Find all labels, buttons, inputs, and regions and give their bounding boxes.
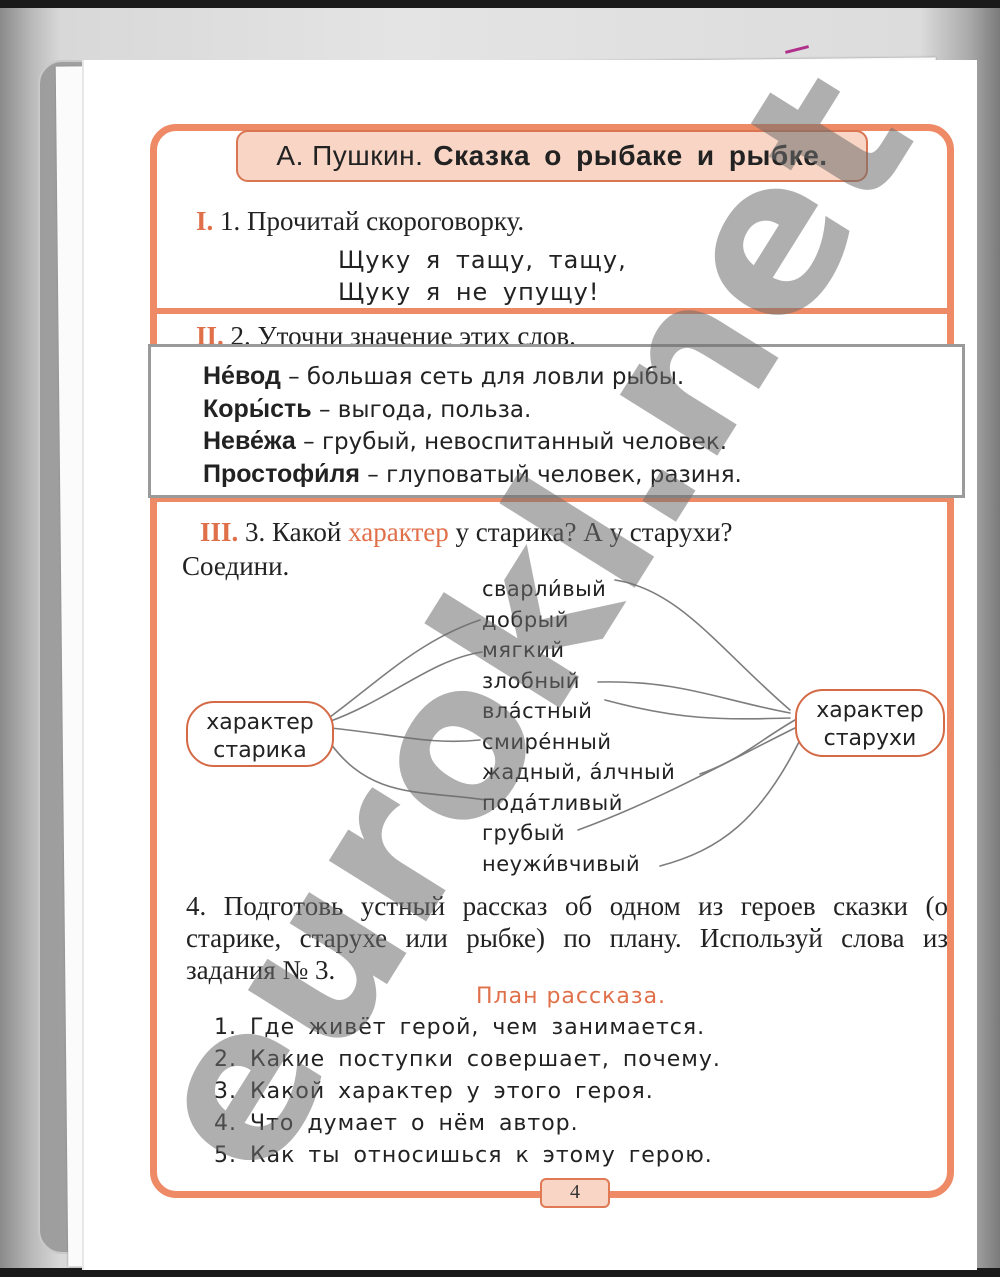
section-numeral-3: III. bbox=[200, 517, 238, 547]
plan-item: 1. Где живёт герой, чем занимается. bbox=[214, 1012, 721, 1044]
trait-word: сварли́вый bbox=[482, 574, 675, 605]
verse-line: Щуку я тащу, тащу, bbox=[338, 244, 627, 276]
verse-line: Щуку я не упущу! bbox=[338, 276, 627, 308]
author-name: А. Пушкин. bbox=[276, 140, 423, 172]
definition-word: Не́вод bbox=[203, 362, 281, 390]
trait-word: мягкий bbox=[482, 635, 675, 666]
task-3: III. 3. Какой характер у старика? А у ст… bbox=[200, 517, 732, 548]
trait-word: пода́тливый bbox=[482, 788, 675, 819]
task-4: 4. Подготовь устный рассказ об одном из … bbox=[186, 890, 948, 986]
task-1: I. 1. Прочитай скороговорку. bbox=[196, 206, 524, 237]
definition-row: Неве́жа – грубый, невоспитанный человек. bbox=[203, 426, 962, 459]
trait-word: добрый bbox=[482, 605, 675, 636]
old-woman-character-box: характер старухи bbox=[795, 689, 945, 757]
task-1-text: 1. Прочитай скороговорку. bbox=[220, 206, 524, 236]
trait-word: вла́стный bbox=[482, 696, 675, 727]
trait-words: сварли́вый добрый мягкий злобный вла́стн… bbox=[482, 574, 675, 879]
plan-item: 2. Какие поступки совершает, почему. bbox=[214, 1044, 721, 1076]
section-numeral-1: I. bbox=[196, 206, 213, 236]
old-man-label: характер bbox=[188, 709, 332, 737]
plan-item: 4. Что думает о нём автор. bbox=[214, 1108, 721, 1140]
definition-row: Коры́сть – выгода, польза. bbox=[203, 394, 962, 427]
old-woman-label: характер bbox=[797, 697, 943, 725]
tongue-twister: Щуку я тащу, тащу, Щуку я не упущу! bbox=[338, 244, 627, 308]
trait-word: жадный, а́лчный bbox=[482, 757, 675, 788]
trait-word: неужи́вчивый bbox=[482, 849, 675, 880]
task-3-text-end: у старика? А у старухи? bbox=[449, 517, 733, 547]
plan-item: 3. Какой характер у этого героя. bbox=[214, 1076, 721, 1108]
story-plan-list: 1. Где живёт герой, чем занимается. 2. К… bbox=[214, 1012, 721, 1172]
task-3-instruction: Соедини. bbox=[182, 551, 289, 582]
definitions-box: Не́вод – большая сеть для ловли рыбы. Ко… bbox=[148, 344, 965, 498]
lesson-title: А. Пушкин. Сказка о рыбаке и рыбке. bbox=[236, 130, 868, 182]
page-number: 4 bbox=[540, 1178, 610, 1208]
plan-title: План рассказа. bbox=[476, 984, 666, 1009]
definition-meaning: – грубый, невоспитанный человек. bbox=[296, 429, 727, 455]
trait-word: смире́нный bbox=[482, 727, 675, 758]
tale-title: Сказка о рыбаке и рыбке. bbox=[433, 140, 827, 172]
trait-word: грубый bbox=[482, 818, 675, 849]
trait-word: злобный bbox=[482, 666, 675, 697]
definition-meaning: – глуповатый человек, разиня. bbox=[360, 462, 742, 488]
definition-row: Простофи́ля – глуповатый человек, разиня… bbox=[203, 459, 962, 492]
definition-word: Неве́жа bbox=[203, 427, 296, 455]
old-woman-label: старухи bbox=[797, 725, 943, 753]
definition-meaning: – большая сеть для ловли рыбы. bbox=[281, 364, 684, 390]
task-3-highlight: характер bbox=[348, 517, 449, 547]
section-divider-1 bbox=[152, 308, 952, 314]
definition-word: Простофи́ля bbox=[203, 460, 360, 488]
task-3-text: 3. Какой bbox=[245, 517, 348, 547]
definition-row: Не́вод – большая сеть для ловли рыбы. bbox=[203, 361, 962, 394]
definition-meaning: – выгода, польза. bbox=[312, 397, 532, 423]
definition-word: Коры́сть bbox=[203, 395, 312, 423]
old-man-character-box: характер старика bbox=[186, 701, 334, 767]
old-man-label: старика bbox=[188, 737, 332, 765]
plan-item: 5. Как ты относишься к этому герою. bbox=[214, 1140, 721, 1172]
